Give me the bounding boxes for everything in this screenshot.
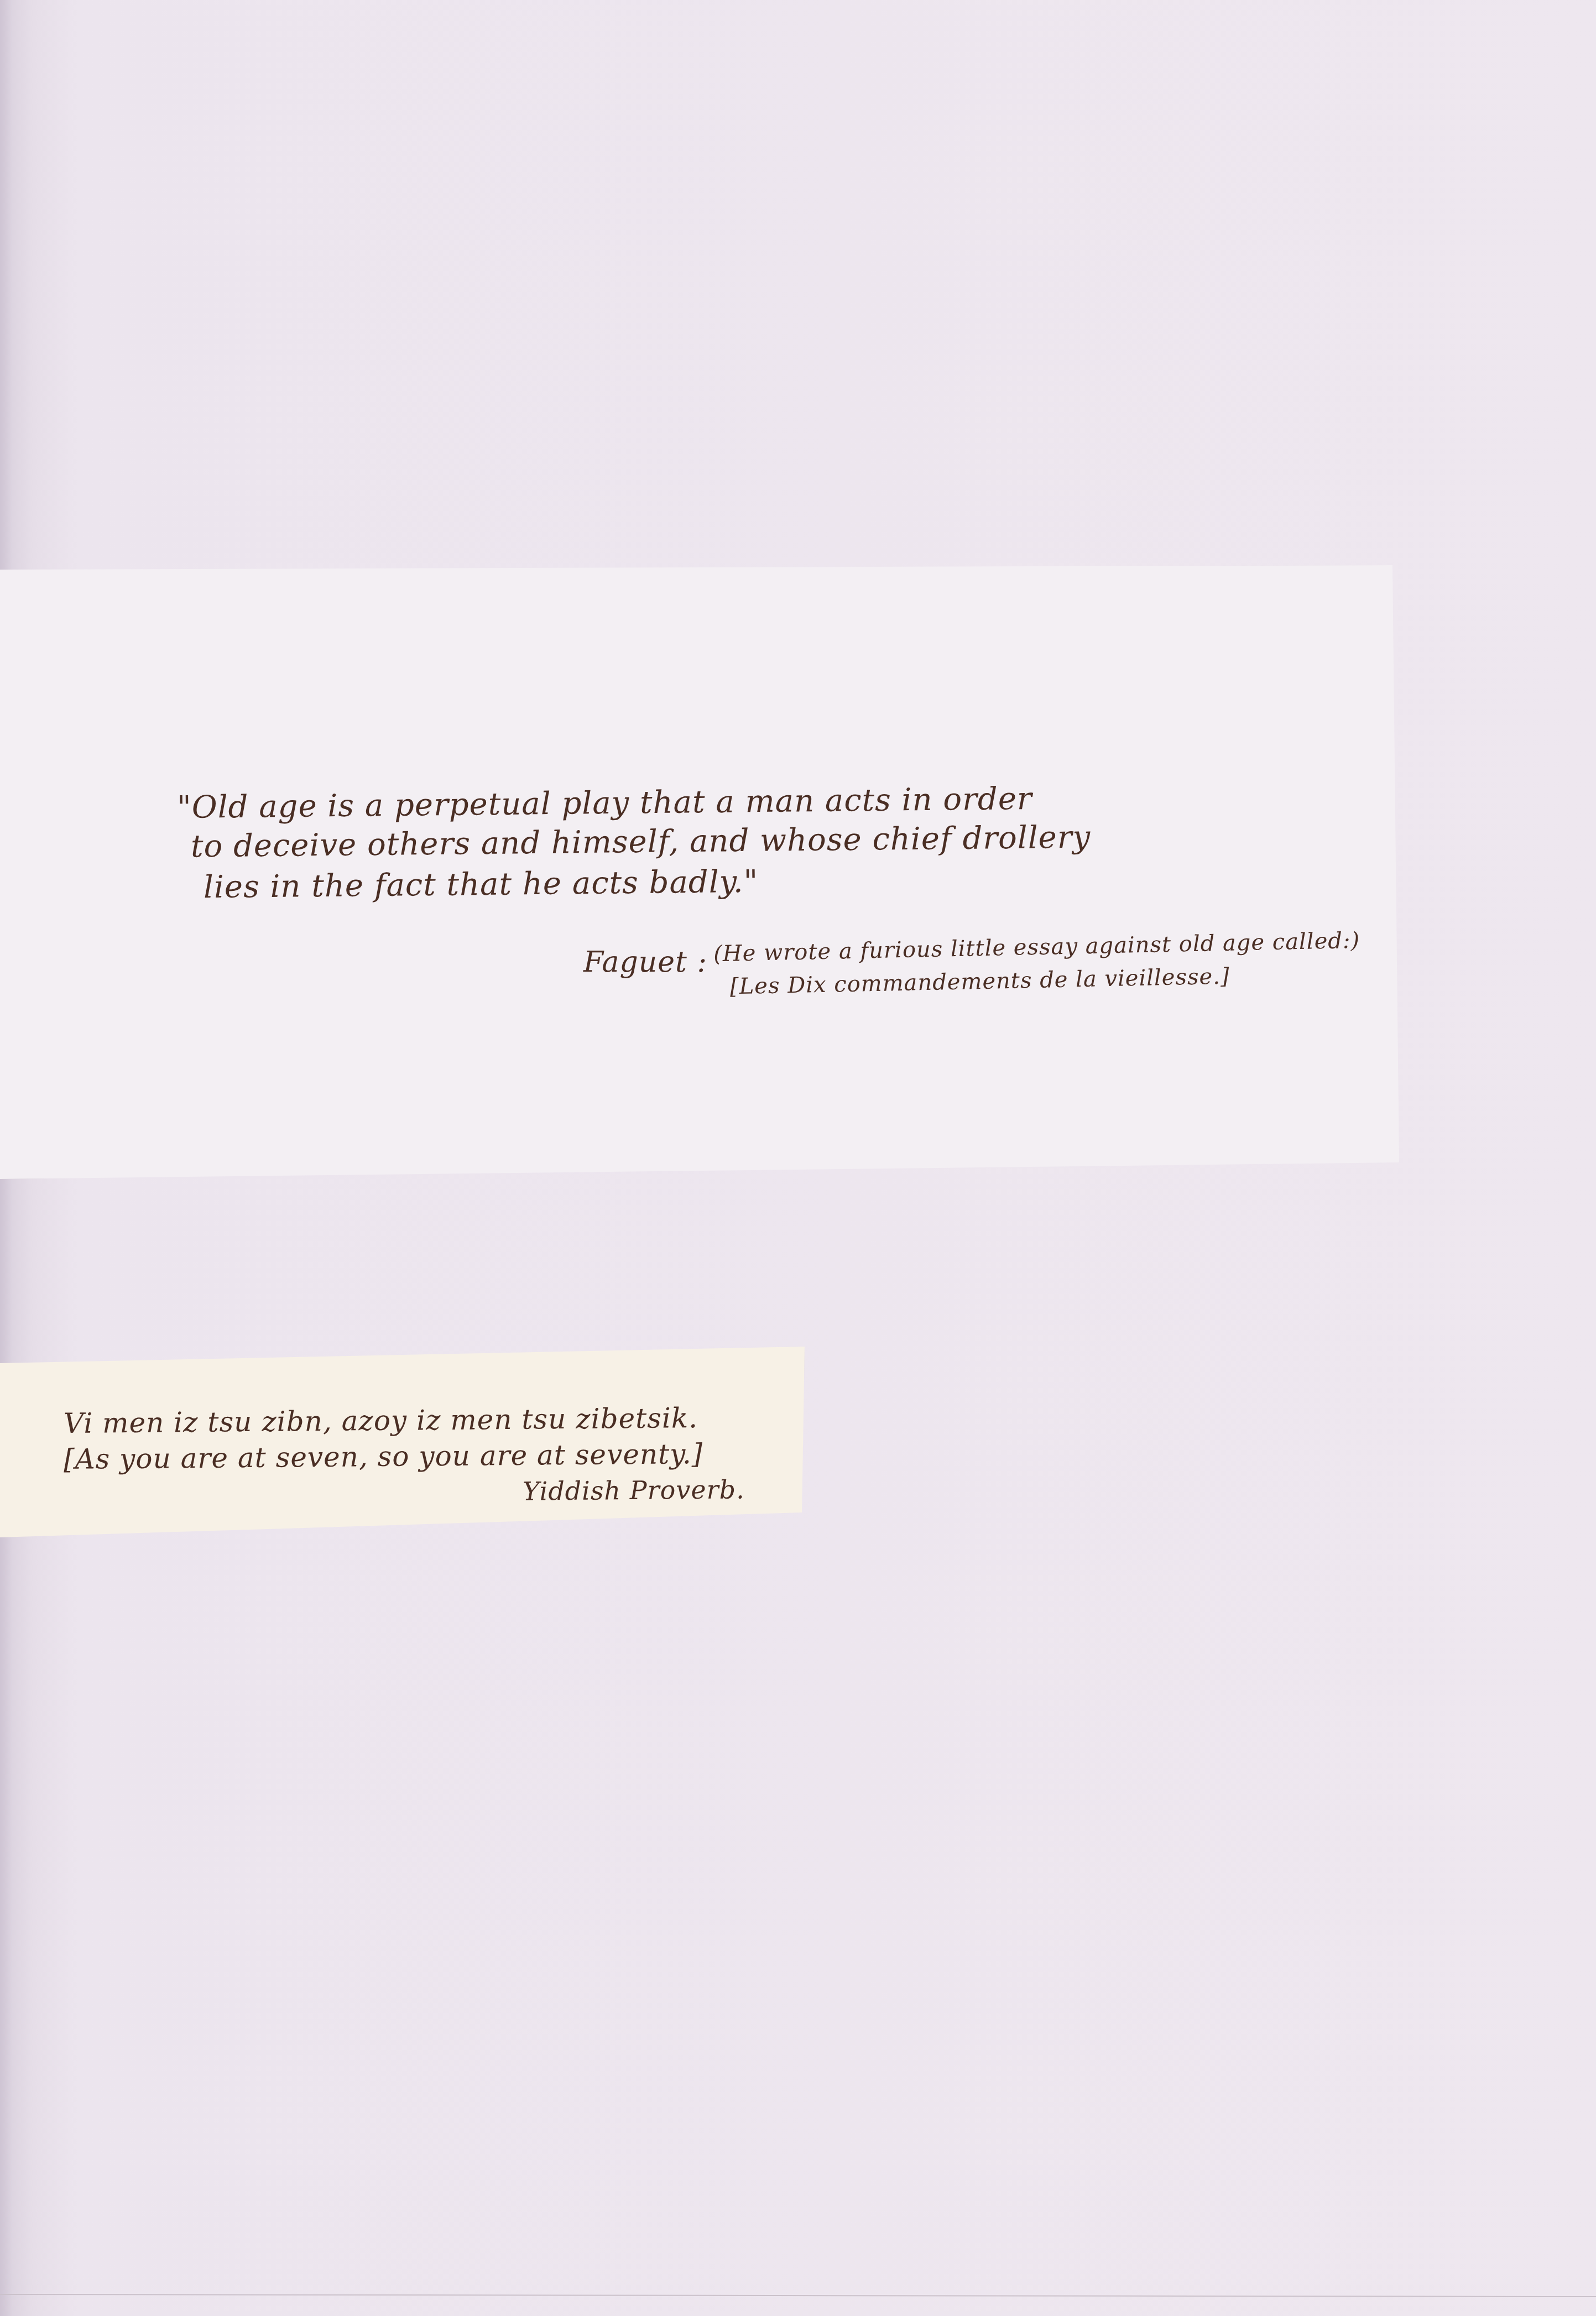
proverb-translation: [As you are at seven, so you are at seve…	[64, 1438, 703, 1475]
quote-author: Faguet :	[583, 946, 707, 979]
quote-line-3: lies in the fact that he acts badly."	[204, 863, 759, 907]
proverb-source: Yiddish Proverb.	[523, 1474, 745, 1506]
proverb-yiddish: Vi men iz tsu zibn, azoy iz men tsu zibe…	[64, 1402, 698, 1439]
